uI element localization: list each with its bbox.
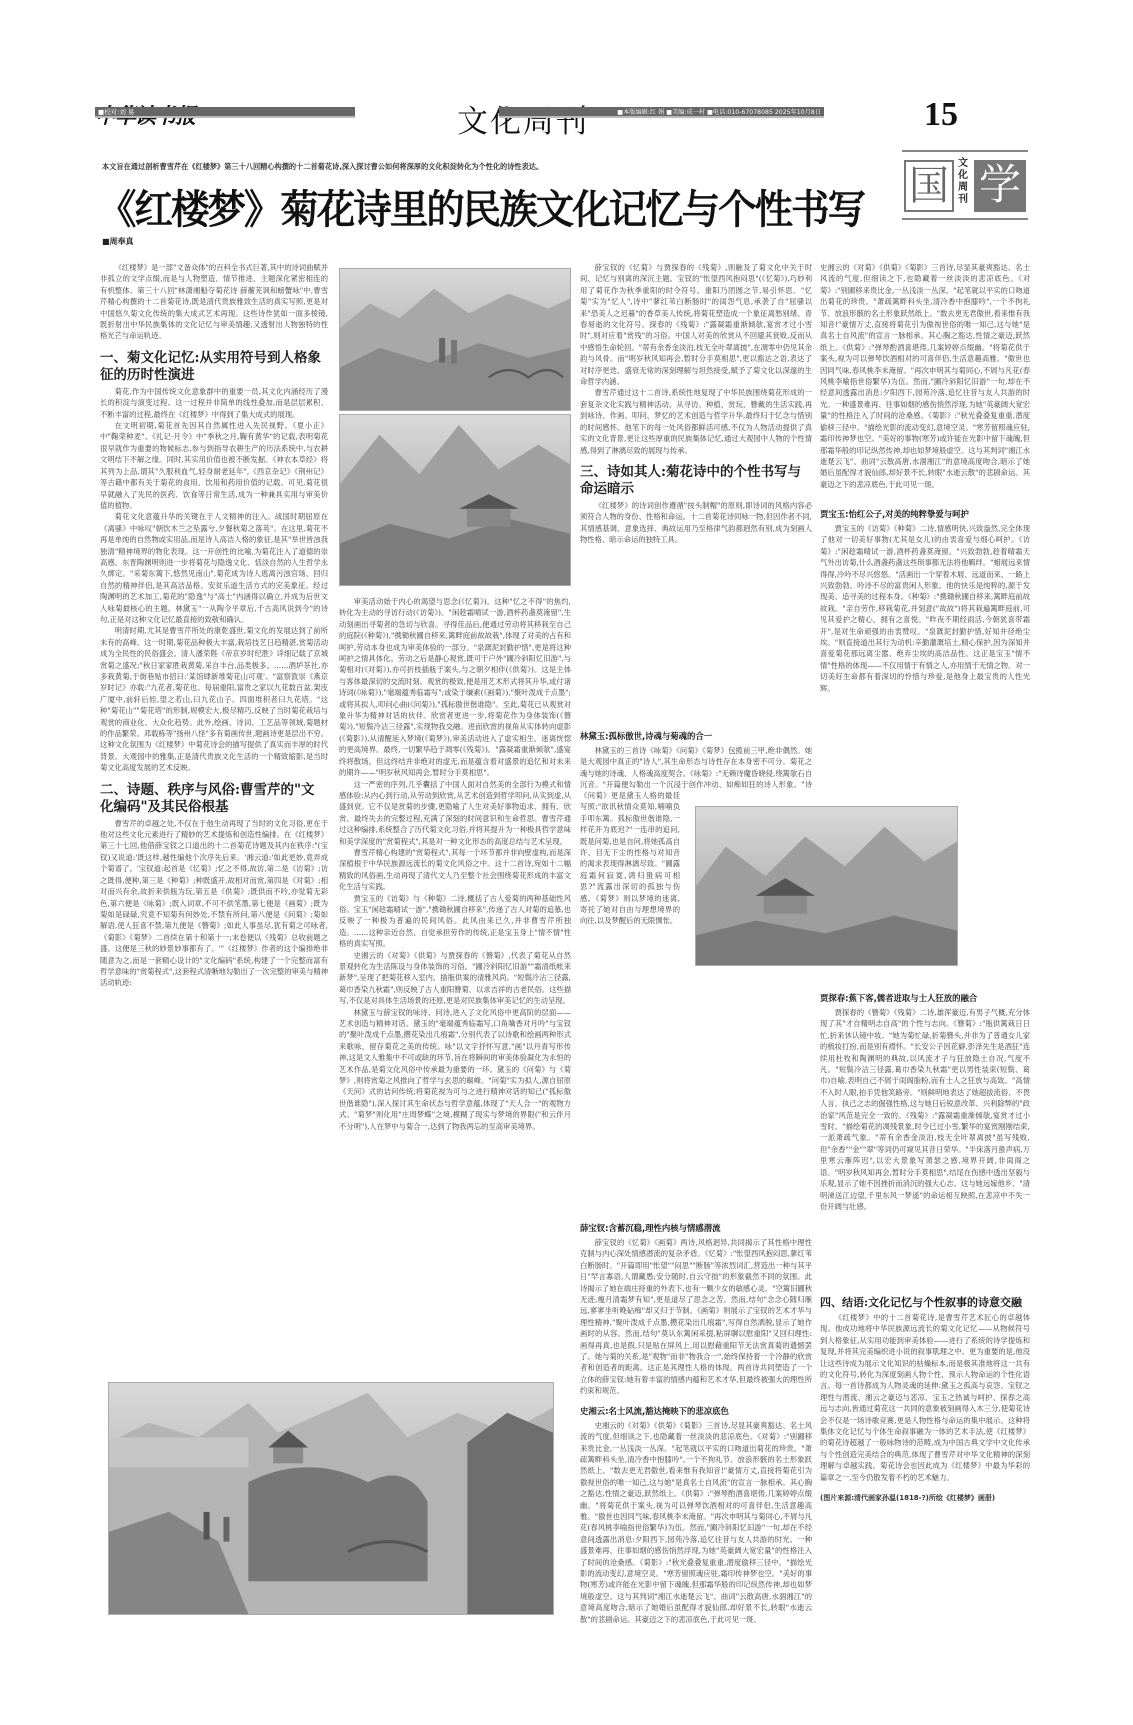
paragraph: 贾探春的《簪菊》《残菊》二诗,雄浑豪迈,有男子气概,充分体现了其"才自精明志自高…	[820, 1007, 1030, 1212]
paragraph: 曹雪芹的卓越之处,不仅在于他生动再现了当时的文化习俗,更在于他对这些文化元素进行…	[100, 818, 328, 989]
guoxue-badge: 国 文化周刊 学	[902, 150, 1028, 220]
paragraph: 这一严密的序列,几乎囊括了中国人面对自然美的全部行为模式和情感体验:从内心到行动…	[339, 779, 571, 847]
baochai-heading: 薛宝钗:含蓄沉稳,理性内核与情感潜流	[580, 1222, 812, 1234]
page-number: 15	[924, 96, 958, 134]
section-4-heading: 四、结语:文化记忆与个性叙事的诗意交融	[820, 1296, 1030, 1310]
paragraph: 曹雪芹精心构建的"赏菊程式",其每一个环节都并非向壁虚构,而是深深植根于中华民族…	[339, 847, 571, 893]
column-4-conclusion: 四、结语:文化记忆与个性叙事的诗意交融 《红楼梦》中的十二首菊花诗,是曹雪芹艺术…	[820, 1296, 1030, 1616]
paragraph: 《问菊》更是黛玉人格的最佳写照:"欲讯秋情众莫知,喃喃负手叩东篱。孤标傲世偕谁隐…	[580, 790, 680, 927]
paragraph: 史湘云的《对菊》《供菊》《菊影》三首诗,尽显其豪爽豁达、名士风流的气度,但细读之…	[820, 262, 1030, 490]
paragraph: 菊花,作为中国传统文化意象群中的重要一员,其文化内涵经历了漫长的积淀与演变过程。…	[100, 386, 328, 420]
paragraph: 审美活动始于内心的渴望与思念(《忆菊》)。这种"忆之不得"的焦灼,转化为主动的寻…	[339, 596, 571, 779]
painting-bottom	[108, 1382, 554, 1615]
column-3-lower: 薛宝钗:含蓄沉稳,理性内核与情感潜流 薛宝钗的《忆菊》《画菊》两诗,风格迥异,共…	[580, 1222, 812, 1682]
article-deck: 本文旨在通过剖析曹雪芹在《红楼梦》第三十八回精心构撰的十二首菊花诗,深入探讨曹公…	[102, 162, 543, 172]
painting-top-left	[339, 268, 571, 411]
paragraph: 《红楼梦》的诗词创作遵循"按头制帽"的原则,即诗词的风格内容必须符合人物的身份、…	[580, 500, 812, 546]
tanchun-heading: 贾探春:蕉下客,儒者进取与士人狂放的融合	[820, 992, 1030, 1004]
paragraph: 林黛玉与薛宝钗的咏诗、问诗,进入了文化风俗中更高阶的层面——艺术创造与精神对话。…	[339, 1007, 571, 1132]
badge-left-char: 国	[904, 160, 954, 212]
paragraph: 曹雪芹通过这十二首诗,系统性地复现了中华民族围绕菊花形成的一套复杂文化实践与精神…	[580, 387, 812, 455]
column-3: 薛宝钗的《忆菊》与贾探春的《残菊》,则触及了菊文化中关于时间、记忆与别离的深沉主…	[580, 262, 812, 732]
pavilion-landscape-illustration-icon	[696, 807, 957, 965]
column-2: 审美活动始于内心的渴望与思念(《忆菊》)。这种"忆之不得"的焦灼,转化为主动的寻…	[339, 596, 571, 1370]
section-title: 文化周刊	[457, 96, 589, 141]
painting-middle-left	[339, 414, 571, 586]
paragraph: 《红楼梦》中的十二首菊花诗,是曹雪芹艺术匠心的卓越体现。他成功地将中华民族源远流…	[820, 1312, 1030, 1483]
paragraph: 贾宝玉的《访菊》与《种菊》二诗,概括了古人爱菊的两种基础性风俗。宝玉"闲趁霜晴试…	[339, 893, 571, 950]
baoyu-heading: 贾宝玉:怡红公子,对美的纯粹挚爱与呵护	[820, 508, 1030, 520]
paragraph: 史湘云的《对菊》《供菊》《菊影》三首诗,尽显其豪爽豁达、名士风流的气度,但细读之…	[580, 1420, 812, 1625]
painting-daiyu	[695, 806, 958, 966]
paragraph: 明清时期,尤其是曹雪芹所处的康乾盛世,菊文化的发展达到了前所未有的高峰。这一时期…	[100, 625, 328, 773]
mountain-pavilion-illustration-icon	[340, 415, 570, 585]
intro-paragraph: 《红楼梦》是一部"文备众体"的百科全书式巨著,其中的诗词曲赋并非孤立的文学点缀,…	[100, 262, 328, 342]
section-2-heading: 二、诗题、秩序与风俗:曹雪芹的"文化编码"及其民俗根基	[100, 782, 328, 816]
landscape-illustration-icon	[340, 269, 570, 410]
daiyu-subsection: 林黛玉:孤标傲世,诗魂与菊魂的合一 林黛玉的三首诗《咏菊》《问菊》《菊梦》包揽前…	[580, 730, 812, 790]
garden-panorama-illustration-icon	[109, 1383, 553, 1614]
proofreader-bar: ■校对:刘 易	[95, 107, 355, 118]
paragraph: 薛宝钗的《忆菊》《画菊》两诗,风格迥异,共同揭示了其性格中理性克制与内心深处情感…	[580, 1237, 812, 1397]
article-byline: ■周奉真	[102, 236, 134, 247]
proofreader-text: ■校对:刘 易	[95, 107, 355, 118]
daiyu-narrow-column: 《问菊》更是黛玉人格的最佳写照:"欲讯秋情众莫知,喃喃负手叩东篱。孤标傲世偕谁隐…	[580, 790, 680, 1210]
editor-info-bar: ■本版编辑:红 娟 ■美编:成一村 ■电话:010-67078085 2025年…	[499, 107, 824, 118]
paragraph: 林黛玉的三首诗《咏菊》《问菊》《菊梦》包揽前三甲,绝非偶然。她是大观园中真正的"…	[580, 745, 812, 790]
paragraph: 薛宝钗的《忆菊》与贾探春的《残菊》,则触及了菊文化中关于时间、记忆与别离的深沉主…	[580, 262, 812, 387]
section-1-heading: 一、菊文化记忆:从实用符号到人格象征的历时性演进	[100, 350, 328, 384]
editor-info-text: ■本版编辑:红 娟 ■美编:成一村 ■电话:010-67078085 2025年…	[499, 107, 824, 118]
paragraph: 菊花文化意蕴升华的关键在于人文精神的注入。战国时期屈原在《离骚》中咏叹"朝饮木兰…	[100, 511, 328, 625]
column-4-tanchun: 贾探春:蕉下客,儒者进取与士人狂放的融合 贾探春的《簪菊》《残菊》二诗,雄浑豪迈…	[820, 992, 1030, 1292]
photo-credit: (图片来源:清代画家孙温(1818-?)所绘《红楼梦》画册)	[820, 1493, 1030, 1504]
daiyu-heading: 林黛玉:孤标傲世,诗魂与菊魂的合一	[580, 730, 812, 742]
badge-right-char: 学	[974, 160, 1026, 212]
column-4-baoyu: 贾宝玉:怡红公子,对美的纯粹挚爱与呵护 贾宝玉的《访菊》《种菊》二诗,情感明快,…	[820, 508, 1030, 818]
paragraph: 贾宝玉的《访菊》《种菊》二诗,情感明快,兴致盎然,完全体现了他对一切美好事物(尤…	[820, 523, 1030, 694]
paragraph: 史湘云的《对菊》《供菊》与贾探春的《簪菊》,代表了菊花从自然景观转化为生活陈设与…	[339, 950, 571, 1007]
column-1: 《红楼梦》是一部"文备众体"的百科全书式巨著,其中的诗词曲赋并非孤立的文学点缀,…	[100, 262, 328, 1370]
badge-vertical-text: 文化周刊	[958, 158, 970, 206]
xiangyun-heading: 史湘云:名士风流,豁达掩映下的悲凉底色	[580, 1405, 812, 1417]
article-headline: 《红楼梦》菊花诗里的民族文化记忆与个性书写	[98, 178, 864, 235]
section-3-heading: 三、诗如其人:菊花诗中的个性书写与命运暗示	[580, 464, 812, 498]
paragraph: 在文明初期,菊花首先因其自然属性进入先民视野。《夏小正》中"鞠荣种麦"、《礼记·…	[100, 420, 328, 511]
